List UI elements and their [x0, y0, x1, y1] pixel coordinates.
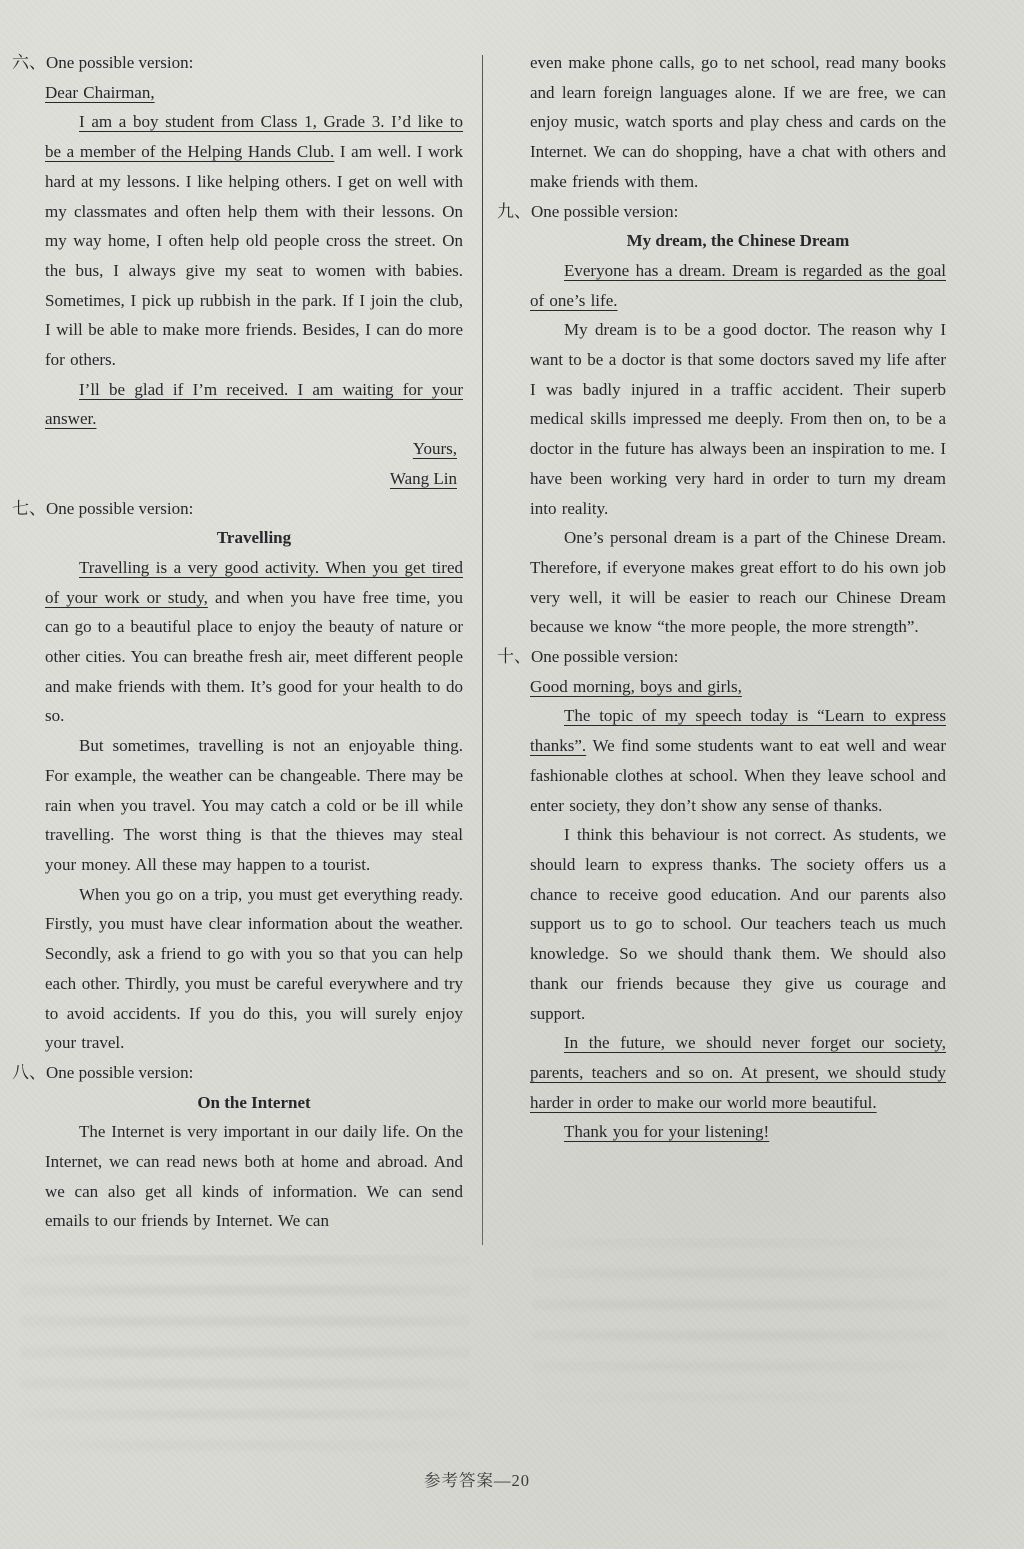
section-heading: 九、One possible version: [497, 197, 946, 227]
paragraph: When you go on a trip, you must get ever… [45, 880, 463, 1058]
section-label: One possible version: [46, 499, 193, 518]
section-label: One possible version: [46, 1063, 193, 1082]
paragraph: I think this behaviour is not correct. A… [530, 820, 946, 1028]
section-label: One possible version: [531, 202, 678, 221]
body-text: One’s personal dream is a part of the Ch… [530, 528, 946, 636]
paragraph: Everyone has a dream. Dream is regarded … [530, 256, 946, 315]
signature-line: Wang Lin [45, 464, 457, 494]
paragraph: Dear Chairman, [45, 78, 463, 108]
paragraph: The Internet is very important in our da… [45, 1117, 463, 1236]
underlined-text: I’ll be glad if I’m received. I am waiti… [45, 380, 463, 429]
paragraph: One’s personal dream is a part of the Ch… [530, 523, 946, 642]
body-text: We find some students want to eat well a… [530, 736, 946, 814]
left-column: 六、One possible version:Dear Chairman,I a… [45, 48, 463, 1236]
paragraph: Good morning, boys and girls, [530, 672, 946, 702]
body-text: even make phone calls, go to net school,… [530, 53, 946, 191]
paragraph: Travelling is a very good activity. When… [45, 553, 463, 731]
paragraph: even make phone calls, go to net school,… [530, 48, 946, 197]
essay-title: Travelling [45, 523, 463, 553]
section-marker: 九、 [497, 202, 531, 221]
underlined-text: In the future, we should never forget ou… [530, 1033, 946, 1111]
essay-title: On the Internet [45, 1088, 463, 1118]
body-text: I think this behaviour is not correct. A… [530, 825, 946, 1022]
paragraph: My dream is to be a good doctor. The rea… [530, 315, 946, 523]
signature-text: Yours, [413, 439, 457, 458]
right-column: even make phone calls, go to net school,… [530, 48, 946, 1147]
paragraph: But sometimes, travelling is not an enjo… [45, 731, 463, 880]
body-text: The Internet is very important in our da… [45, 1122, 463, 1230]
page-footer: 参考答案—20 [0, 1467, 954, 1491]
section-marker: 六、 [12, 53, 46, 72]
section-heading: 七、One possible version: [12, 494, 463, 524]
bleedthrough-texture-right [532, 1238, 948, 1403]
section-label: One possible version: [531, 647, 678, 666]
section-heading: 六、One possible version: [12, 48, 463, 78]
underlined-text: Everyone has a dream. Dream is regarded … [530, 261, 946, 310]
paragraph: I’ll be glad if I’m received. I am waiti… [45, 375, 463, 434]
section-label: One possible version: [46, 53, 193, 72]
bleedthrough-texture-left [20, 1255, 470, 1460]
paragraph: Thank you for your listening! [530, 1117, 946, 1147]
signature-line: Yours, [45, 434, 457, 464]
paragraph: I am a boy student from Class 1, Grade 3… [45, 107, 463, 374]
section-heading: 八、One possible version: [12, 1058, 463, 1088]
section-marker: 七、 [12, 499, 46, 518]
section-marker: 十、 [497, 647, 531, 666]
body-text: But sometimes, travelling is not an enjo… [45, 736, 463, 874]
underlined-text: Dear Chairman, [45, 83, 155, 102]
underlined-text: Good morning, boys and girls, [530, 677, 742, 696]
letter-signature: Yours,Wang Lin [45, 434, 463, 493]
section-heading: 十、One possible version: [497, 642, 946, 672]
body-text: My dream is to be a good doctor. The rea… [530, 320, 946, 517]
body-text: and when you have free time, you can go … [45, 588, 463, 726]
column-divider [482, 55, 483, 1245]
paragraph: The topic of my speech today is “Learn t… [530, 701, 946, 820]
underlined-text: Thank you for your listening! [564, 1122, 769, 1141]
body-text: I am well. I work hard at my lessons. I … [45, 142, 463, 369]
essay-title: My dream, the Chinese Dream [530, 226, 946, 256]
body-text: When you go on a trip, you must get ever… [45, 885, 463, 1053]
paragraph: In the future, we should never forget ou… [530, 1028, 946, 1117]
signature-text: Wang Lin [390, 469, 457, 488]
section-marker: 八、 [12, 1063, 46, 1082]
